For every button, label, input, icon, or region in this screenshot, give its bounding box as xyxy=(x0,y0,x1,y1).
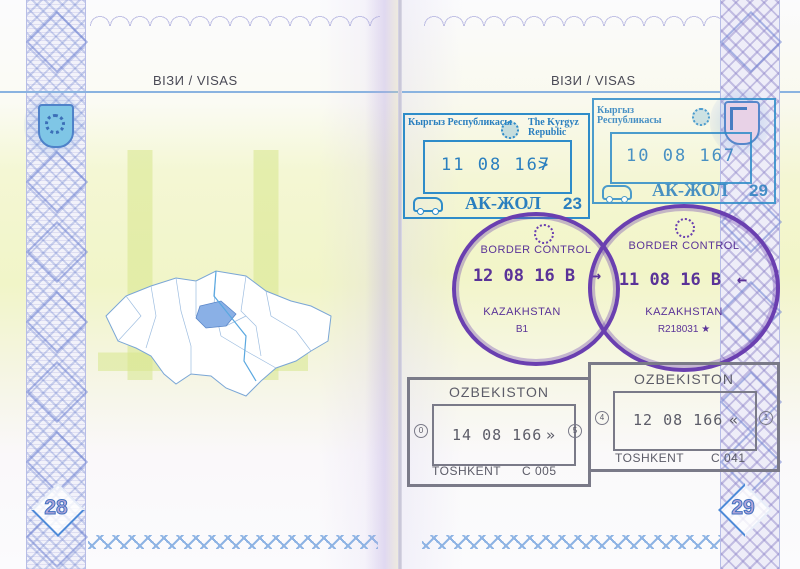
spine-shadow xyxy=(365,0,398,569)
stamp-direction: « xyxy=(729,411,739,429)
stamp-side-number: 0 xyxy=(414,424,428,438)
ornament-rosette-icon xyxy=(26,151,88,213)
stamp-country-local: Кыргыз Республикасы xyxy=(408,118,512,128)
guilloche-wave-bottom xyxy=(88,535,378,549)
stamp-code: C 005 xyxy=(522,464,557,478)
car-icon xyxy=(413,197,443,212)
stamp-serial: B1 xyxy=(442,324,602,335)
stamp-country: OZBEKISTON xyxy=(591,371,777,387)
ukraine-map xyxy=(96,256,336,406)
kyrgyz-seal-icon xyxy=(692,108,710,126)
stamp-direction: » xyxy=(546,426,556,444)
page-number-badge-left: 28 xyxy=(33,485,79,531)
page-number-right: 29 xyxy=(720,496,766,520)
kyrgyz-seal-icon xyxy=(501,121,519,139)
stamp-direction: > xyxy=(538,155,550,175)
stamp-number: 23 xyxy=(563,194,582,214)
stamp-code: C 041 xyxy=(711,451,746,465)
ornament-rosette-icon xyxy=(26,11,88,73)
stamp-uzbekistan-entry: OZBEKISTON 4 1 12 08 166 « TOSHKENT C 04… xyxy=(588,362,780,472)
ornament-rosette-icon xyxy=(26,221,88,283)
stamp-country: KAZAKHSTAN xyxy=(592,306,776,318)
stamp-serial: R218031 ★ xyxy=(592,324,776,335)
guilloche-wave-top xyxy=(90,12,380,26)
kazakhstan-emblem-icon xyxy=(675,218,695,238)
stamp-direction: ← xyxy=(650,270,800,290)
stamp-date: 14 08 166 xyxy=(452,426,542,444)
car-icon xyxy=(602,185,632,200)
stamp-city: TOSHKENT xyxy=(615,451,684,465)
stamp-kyrgyz-exit: Кыргыз Республикасы 10 08 167 АК-ЖОЛ 29 xyxy=(592,98,776,204)
stamp-label: BORDER CONTROL xyxy=(592,240,776,252)
page-number-left: 28 xyxy=(33,496,79,520)
stamp-checkpoint: АК-ЖОЛ xyxy=(652,180,728,201)
stamp-checkpoint: АК-ЖОЛ xyxy=(465,193,541,214)
stamp-kyrgyz-entry: Кыргыз Республикасы The Kyrgyz Republic … xyxy=(403,113,590,219)
stamp-side-number: 4 xyxy=(595,411,609,425)
ornament-rosette-icon xyxy=(26,361,88,423)
regional-coat-of-arms-icon xyxy=(32,98,76,154)
stamp-date: 12 08 166 xyxy=(633,411,723,429)
page-heading-left: ВІЗИ / VISAS xyxy=(153,73,238,88)
stamp-country-local: Кыргыз Республикасы xyxy=(597,106,677,126)
stamp-city: TOSHKENT xyxy=(432,464,501,478)
stamp-uzbekistan-exit: OZBEKISTON 0 5 14 08 166 » TOSHKENT C 00… xyxy=(407,377,591,487)
stamp-country-en: The Kyrgyz Republic xyxy=(528,118,586,138)
stamp-kazakhstan-entry: BORDER CONTROL 11 08 16 B ← KAZAKHSTAN R… xyxy=(588,204,780,372)
left-page: ВІЗИ / VISAS 28 xyxy=(0,0,398,569)
guilloche-wave-top xyxy=(424,12,724,26)
stamp-side-number: 1 xyxy=(759,411,773,425)
guilloche-wave-bottom xyxy=(422,535,722,549)
passport-spread: ВІЗИ / VISAS 28 ВІЗИ / VISAS xyxy=(0,0,800,569)
stamp-country: OZBEKISTON xyxy=(410,384,588,400)
ornament-rosette-icon xyxy=(720,11,782,73)
page-heading-right: ВІЗИ / VISAS xyxy=(551,73,636,88)
ornament-rosette-icon xyxy=(26,291,88,353)
stamp-country: KAZAKHSTAN xyxy=(442,306,602,318)
page-number-badge-right: 29 xyxy=(720,485,766,531)
stamp-date: 11 08 167 xyxy=(441,155,551,175)
stamp-date: 10 08 167 xyxy=(626,146,736,166)
stamp-side-number: 5 xyxy=(568,424,582,438)
kazakhstan-emblem-icon xyxy=(534,224,554,244)
stamp-number: 29 xyxy=(749,181,768,201)
